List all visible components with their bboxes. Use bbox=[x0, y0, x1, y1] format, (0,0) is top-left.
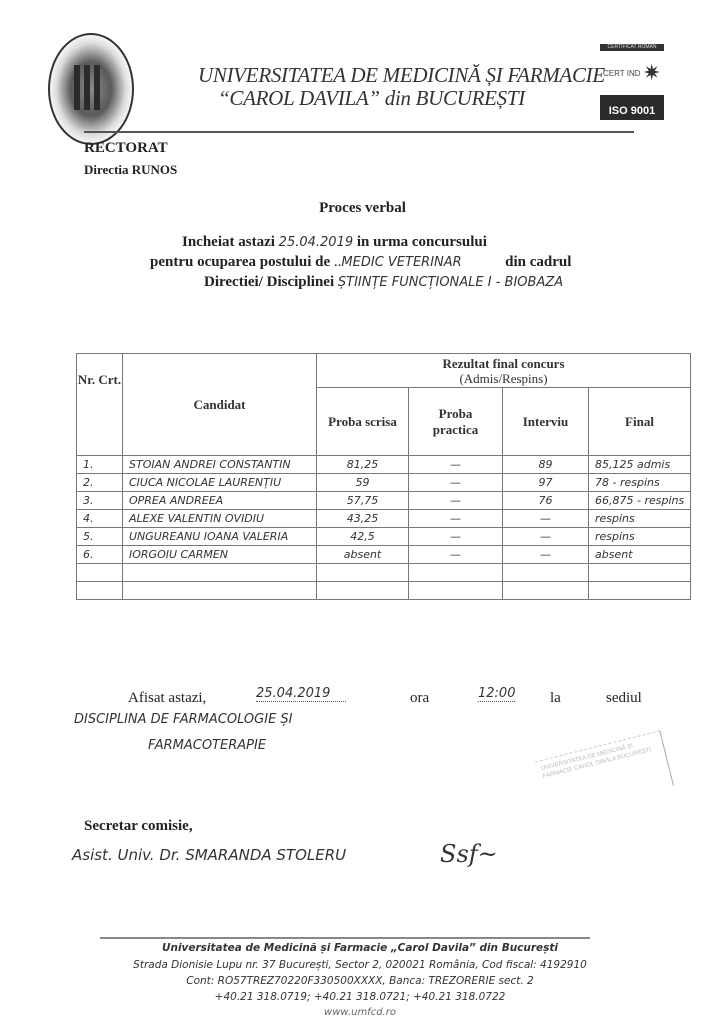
footer-website-link[interactable]: www.umfcd.ro bbox=[100, 1007, 620, 1018]
cell-nr bbox=[77, 564, 123, 582]
cell-proba-practica bbox=[409, 582, 503, 600]
table-row: 6.IORGOIU CARMENabsent——absent bbox=[77, 546, 691, 564]
position-label: pentru ocuparea postului de bbox=[150, 254, 330, 270]
cell-final: respins bbox=[589, 528, 691, 546]
posting-ora-label: ora bbox=[410, 690, 429, 707]
position-value: MEDIC VETERINAR bbox=[341, 255, 501, 270]
cell-final: 85,125 admis bbox=[589, 456, 691, 474]
department-line: Directiei/ Disciplinei ȘTIINȚE FUNCȚIONA… bbox=[204, 274, 563, 291]
results-table-body: 1.STOIAN ANDREI CONSTANTIN81,25—8985,125… bbox=[77, 456, 691, 600]
footer-institution: Universitatea de Medicină și Farmacie „C… bbox=[100, 942, 620, 954]
table-row: 2.CIUCA NICOLAE LAURENȚIU59—9778 - respi… bbox=[77, 474, 691, 492]
cell-proba-practica: — bbox=[409, 510, 503, 528]
department-line-label: Directiei/ Disciplinei bbox=[204, 274, 334, 290]
cell-nr: 2. bbox=[77, 474, 123, 492]
table-row bbox=[77, 582, 691, 600]
cell-candidat: ALEXE VALENTIN OVIDIU bbox=[123, 510, 317, 528]
header-proba-practica: Proba practica bbox=[409, 388, 503, 456]
cell-proba-scrisa: 57,75 bbox=[317, 492, 409, 510]
official-stamp: UNIVERSITATEA DE MEDICINĂ ȘI FARMACIE CA… bbox=[535, 730, 674, 817]
header-divider bbox=[84, 131, 634, 133]
cell-final: 66,875 - respins bbox=[589, 492, 691, 510]
document-title: Proces verbal bbox=[0, 200, 725, 217]
header-result-group-sub: (Admis/Respins) bbox=[317, 371, 690, 386]
concluded-label: Incheiat astazi bbox=[182, 234, 275, 250]
cert-band-text: CERTIFICAT ROMÂN bbox=[600, 44, 664, 51]
header-result-group-title: Rezultat final concurs bbox=[317, 356, 690, 371]
cell-interviu: — bbox=[503, 528, 589, 546]
table-row: 3.OPREA ANDREEA57,75—7666,875 - respins bbox=[77, 492, 691, 510]
cert-mark-text: CERT IND bbox=[603, 69, 641, 78]
cell-nr: 6. bbox=[77, 546, 123, 564]
cell-candidat: UNGUREANU IOANA VALERIA bbox=[123, 528, 317, 546]
iso-certification-logo: CERTIFICAT ROMÂN CERT IND ✷ ISO 9001 bbox=[600, 44, 664, 130]
cell-final bbox=[589, 582, 691, 600]
university-subname: “CAROL DAVILA” din BUCUREȘTI bbox=[218, 86, 525, 111]
cell-nr: 1. bbox=[77, 456, 123, 474]
table-row: 1.STOIAN ANDREI CONSTANTIN81,25—8985,125… bbox=[77, 456, 691, 474]
footer-bank: Cont: RO57TREZ70220F330500XXXX, Banca: T… bbox=[100, 975, 620, 987]
cell-proba-scrisa bbox=[317, 564, 409, 582]
cert-mark: CERT IND ✷ bbox=[600, 51, 664, 95]
cell-interviu bbox=[503, 582, 589, 600]
header-nr-crt: Nr. Crt. bbox=[77, 354, 123, 456]
position-line: pentru ocuparea postului de ..MEDIC VETE… bbox=[150, 254, 571, 271]
cell-candidat: IORGOIU CARMEN bbox=[123, 546, 317, 564]
position-suffix: din cadrul bbox=[505, 254, 571, 270]
seal-column-decoration bbox=[74, 65, 80, 110]
iso-badge: ISO 9001 bbox=[600, 95, 664, 120]
concluded-suffix: in urma concursului bbox=[357, 234, 487, 250]
footer-phones: +40.21 318.0719; +40.21 318.0721; +40.21… bbox=[100, 991, 620, 1003]
results-table: Nr. Crt. Candidat Rezultat final concurs… bbox=[76, 353, 691, 600]
cell-nr bbox=[77, 582, 123, 600]
footer-divider bbox=[100, 937, 590, 939]
cell-proba-practica: — bbox=[409, 546, 503, 564]
cell-proba-scrisa: 43,25 bbox=[317, 510, 409, 528]
university-seal-logo bbox=[48, 33, 134, 145]
dots-decoration: .. bbox=[334, 254, 342, 270]
concluded-date-line: Incheiat astazi 25.04.2019 in urma concu… bbox=[182, 234, 487, 251]
cell-proba-practica: — bbox=[409, 492, 503, 510]
table-row bbox=[77, 564, 691, 582]
cell-interviu: — bbox=[503, 546, 589, 564]
cell-candidat: CIUCA NICOLAE LAURENȚIU bbox=[123, 474, 317, 492]
header-result-group: Rezultat final concurs (Admis/Respins) bbox=[317, 354, 691, 388]
cell-final: 78 - respins bbox=[589, 474, 691, 492]
posting-date: 25.04.2019 bbox=[256, 686, 346, 702]
cell-candidat bbox=[123, 582, 317, 600]
cell-final: absent bbox=[589, 546, 691, 564]
cell-proba-practica bbox=[409, 564, 503, 582]
table-row: 4.ALEXE VALENTIN OVIDIU43,25——respins bbox=[77, 510, 691, 528]
cell-candidat bbox=[123, 564, 317, 582]
posting-ora-value: 12:00 bbox=[478, 686, 515, 702]
cell-nr: 4. bbox=[77, 510, 123, 528]
cell-proba-scrisa: 42,5 bbox=[317, 528, 409, 546]
cell-proba-scrisa: 59 bbox=[317, 474, 409, 492]
cell-proba-scrisa bbox=[317, 582, 409, 600]
department-line-value: ȘTIINȚE FUNCȚIONALE I - BIOBAZA bbox=[338, 275, 563, 290]
cell-interviu: 89 bbox=[503, 456, 589, 474]
cell-final: respins bbox=[589, 510, 691, 528]
header-candidat: Candidat bbox=[123, 354, 317, 456]
university-name: UNIVERSITATEA DE MEDICINĂ ȘI FARMACIE bbox=[198, 63, 605, 88]
cell-candidat: STOIAN ANDREI CONSTANTIN bbox=[123, 456, 317, 474]
footer-address: Strada Dionisie Lupu nr. 37 București, S… bbox=[100, 959, 620, 971]
cell-nr: 5. bbox=[77, 528, 123, 546]
header-final: Final bbox=[589, 388, 691, 456]
cell-interviu: 76 bbox=[503, 492, 589, 510]
posting-location-line1: DISCIPLINA DE FARMACOLOGIE ȘI bbox=[74, 712, 293, 727]
seal-column-decoration bbox=[84, 65, 90, 110]
seal-column-decoration bbox=[94, 65, 100, 110]
cell-final bbox=[589, 564, 691, 582]
subdepartment-label: Directia RUNOS bbox=[84, 162, 177, 178]
cell-proba-scrisa: 81,25 bbox=[317, 456, 409, 474]
concluded-date-value: 25.04.2019 bbox=[279, 235, 353, 250]
posting-sediul-label: sediul bbox=[606, 690, 642, 707]
cell-interviu: — bbox=[503, 510, 589, 528]
secretary-signature: Ssf~ bbox=[440, 840, 498, 868]
cell-proba-practica: — bbox=[409, 474, 503, 492]
cell-candidat: OPREA ANDREEA bbox=[123, 492, 317, 510]
cert-star-icon: ✷ bbox=[643, 60, 661, 86]
cell-interviu: 97 bbox=[503, 474, 589, 492]
department-label: RECTORAT bbox=[84, 140, 168, 157]
posting-location-line2: FARMACOTERAPIE bbox=[148, 738, 266, 753]
cell-proba-scrisa: absent bbox=[317, 546, 409, 564]
cell-interviu bbox=[503, 564, 589, 582]
posting-la-label: la bbox=[550, 690, 561, 707]
secretary-name: Asist. Univ. Dr. SMARANDA STOLERU bbox=[72, 846, 346, 864]
cell-proba-practica: — bbox=[409, 456, 503, 474]
cell-proba-practica: — bbox=[409, 528, 503, 546]
secretary-label: Secretar comisie, bbox=[84, 818, 193, 835]
posting-label: Afisat astazi, bbox=[128, 690, 206, 707]
cell-nr: 3. bbox=[77, 492, 123, 510]
header-interviu: Interviu bbox=[503, 388, 589, 456]
header-proba-scrisa: Proba scrisa bbox=[317, 388, 409, 456]
table-row: 5.UNGUREANU IOANA VALERIA42,5——respins bbox=[77, 528, 691, 546]
